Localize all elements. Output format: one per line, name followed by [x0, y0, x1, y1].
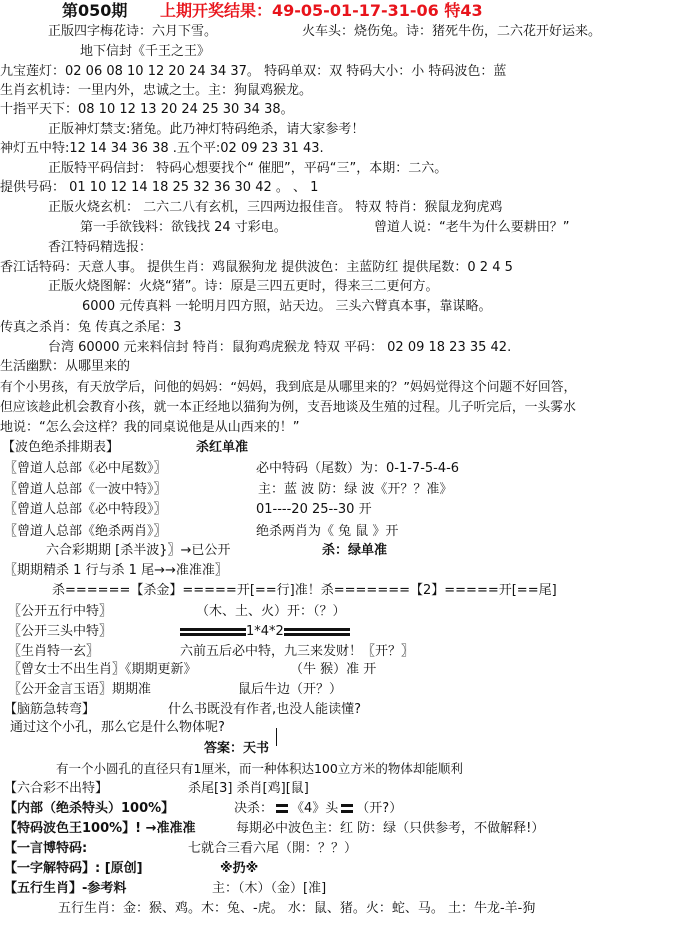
fire-mystery: 正版火烧玄机： 二六二八有玄机，三四两边报佳音。 特双 特肖：猴鼠龙狗虎鸡: [48, 200, 502, 216]
zeng-says: 曾道人说：“老牛为什么要耕田？”: [374, 220, 569, 236]
table-label: 〖曾道人总部《必中特段》〗: [4, 502, 167, 518]
bottom-value: 决杀：: [234, 801, 273, 816]
bar-glyph: [341, 804, 353, 813]
public-label: 〖曾女士不出生肖〗《期期更新》: [8, 662, 197, 678]
provided-numbers: 提供号码： 01 10 12 14 18 25 32 36 30 42 。 、 …: [0, 180, 318, 196]
public-value: （牛 猴）准 开: [290, 662, 376, 678]
bottom-value: （开?）: [356, 801, 402, 816]
bar-glyph: [224, 628, 246, 636]
humor-title: 生活幽默：从哪里来的: [0, 359, 130, 375]
hk-select: 香江特码精选报：: [48, 240, 152, 256]
text-cursor: [276, 728, 277, 746]
bottom-label: 【六合彩不出特】: [4, 781, 108, 797]
envelope-title: 地下信封《千王之王》: [80, 44, 210, 60]
bottom-value: 《4》头: [291, 801, 338, 816]
table-value: 杀红单准: [196, 440, 248, 456]
table-label: 〖曾道人总部《绝杀两肖》〗: [4, 524, 167, 540]
public-label: 〖生肖特一玄〗: [8, 644, 99, 660]
public-label: 〖公开金言玉语〗期期准: [8, 682, 151, 698]
table-label: 〖期期精杀 1 行与杀 1 尾→→准准准〗: [4, 563, 228, 579]
public-value: 六前五后必中特，九三来发财！〖开？〗: [180, 644, 414, 660]
humor-p2: 但应该趁此机会教育小孩，就一本正经地以猫狗为例，支吾地谈及生殖的过程。儿子听完后…: [0, 400, 576, 416]
lamp-ban: 正版神灯禁支:猪兔。此乃神灯特码绝杀，请大家参考！: [48, 122, 364, 138]
zodiac-poem: 生肖玄机诗：一里内外，忠诚之士。主：狗鼠鸡猴龙。: [0, 83, 312, 99]
nine-lotus-lamp: 九宝莲灯：02 06 08 10 12 20 24 34 37。 特码单双：双 …: [0, 64, 506, 80]
fax-kill: 传真之杀肖：兔 传真之杀尾：3: [0, 320, 181, 336]
bottom-label: 【特码波色王100%】! →准准准: [4, 821, 196, 837]
public-value: 鼠后牛边（开？）: [238, 682, 342, 698]
public-value: 1*4*2: [246, 624, 284, 639]
special-envelope: 正版特平码信封： 特码心想要找个“ 催肥”，平码“三”，本期：二六。: [48, 161, 447, 177]
three-heads-row: 1*4*2: [180, 624, 350, 640]
riddle-question: 什么书既没有作者,也没人能读懂?: [168, 702, 361, 718]
kill-line: 杀======【杀金】=====开[==行]准！杀=======【2】=====…: [52, 583, 557, 599]
table-label: 〖曾道人总部《必中尾数》〗: [4, 461, 167, 477]
bar-glyph: [202, 628, 224, 636]
bar-glyph: [180, 628, 202, 636]
taiwan-envelope: 台湾 60000 元来料信封 特肖：鼠狗鸡虎猴龙 特双 平码： 02 09 18…: [48, 340, 511, 356]
riddle-question-2: 通过这个小孔，那么它是什么物体呢?: [10, 720, 225, 736]
fax-6000: 6000 元传真料 一轮明月四方照，站天边。 三头六臂真本事，靠谋略。: [82, 299, 491, 315]
bar-glyph: [284, 628, 306, 636]
train-head: 火车头：烧伤兔。诗：猪死牛伤，二六花开好运来。: [302, 24, 601, 40]
bottom-label: 【内部（绝杀特头）100%】: [4, 801, 174, 817]
table-label: 【波色绝杀排期表】: [2, 440, 119, 456]
humor-p1: 有个小男孩，有天放学后，问他的妈妈：“妈妈，我到底是从哪里来的？”妈妈觉得这个问…: [0, 380, 576, 396]
table-value: 主：蓝 波 防：绿 波《开？？准》: [258, 482, 452, 498]
wuxing-line: 五行生肖：金：猴、鸡。木：兔、-虎。 水：鼠、猪。火：蛇、马。 土：牛龙-羊-狗: [58, 901, 535, 917]
last-draw-result: 上期开奖结果：49-05-01-17-31-06 特43: [160, 1, 483, 21]
table-value: 杀：绿单准: [322, 543, 387, 559]
public-label: 〖公开五行中特〗: [8, 604, 112, 620]
bottom-value: 杀尾[3] 杀肖[鸡][鼠]: [188, 781, 309, 797]
plum-poem: 正版四字梅花诗：六月下雪。: [48, 24, 217, 40]
first-hand: 第一手欲钱料：欲钱找 24 寸彩电。: [80, 220, 287, 236]
bottom-value: ※扔※: [220, 861, 258, 877]
fire-diagram: 正版火烧图解：火烧“猪”。诗：原是三四五更时，得来三二更何方。: [48, 279, 438, 295]
bar-glyph: [276, 804, 288, 813]
table-label: 〖曾道人总部《一波中特》〗: [4, 482, 167, 498]
riddle-question-3: 有一个小圆孔的直径只有1厘米，而一种体积达100立方米的物体却能顺利: [56, 761, 463, 777]
bottom-value: 每期必中波色主：红 防：绿（只供参考，不做解释!）: [236, 821, 544, 837]
table-label: 六合彩期期 [杀半波}〗→已公开: [46, 543, 230, 559]
lamp-five: 神灯五中特:12 14 34 36 38 .五个平:02 09 23 31 43…: [0, 141, 324, 157]
table-value: 必中特码（尾数）为：0-1-7-5-4-6: [256, 461, 459, 477]
issue-number: 第050期: [62, 1, 127, 21]
public-value: （木、土、火）开：（？）: [196, 604, 346, 620]
public-label: 〖公开三头中特〗: [8, 624, 112, 640]
humor-p3: 地说：“怎么会这样？我的同桌说他是从山西来的！”: [0, 420, 299, 436]
table-value: 01----20 25--30 开: [256, 502, 372, 518]
table-value: 绝杀两肖为《 兔 鼠 》开: [256, 524, 398, 540]
bottom-label: 【一言博特码:: [4, 841, 87, 857]
riddle-label: 【脑筋急转弯】: [4, 702, 95, 718]
riddle-answer: 答案：天书: [204, 741, 269, 757]
bottom-label: 【一字解特码】: [原创]: [4, 861, 143, 877]
inner-kill-row: 决杀：《4》头（开?）: [234, 801, 402, 817]
bar-glyph: [328, 628, 350, 636]
hk-words: 香江话特码：天意人事。 提供生肖：鸡鼠猴狗龙 提供波色：主蓝防红 提供尾数：0 …: [0, 260, 513, 276]
bar-glyph: [306, 628, 328, 636]
bottom-label: 【五行生肖】-参考料: [4, 881, 126, 897]
bottom-value: 七就合三看六尾（開：？？）: [188, 841, 357, 857]
ten-fingers: 十指平天下：08 10 12 13 20 24 25 30 34 38。: [0, 102, 294, 118]
bottom-value: 主：（木）（金）[准]: [212, 881, 326, 897]
